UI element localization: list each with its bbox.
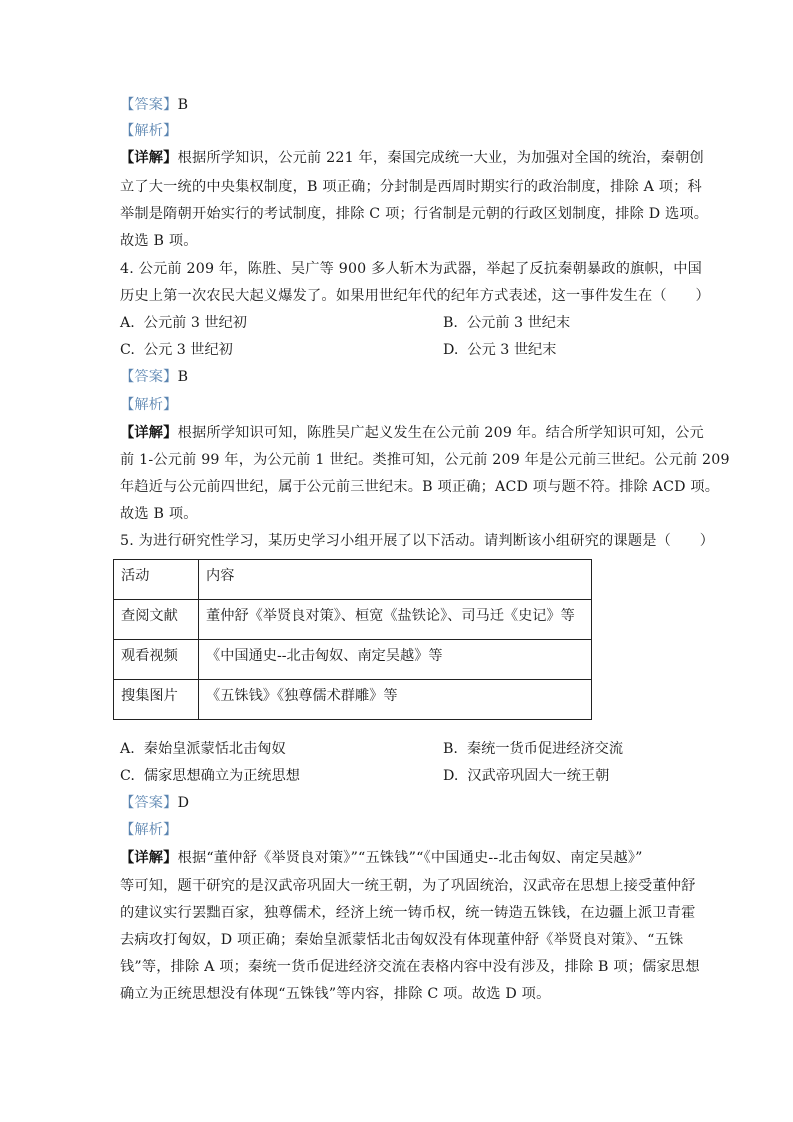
q5-option-c: C. 儒家思想确立为正统思想 xyxy=(120,763,300,789)
answer-value: B xyxy=(178,369,189,385)
table-header-cell: 活动 xyxy=(114,560,199,600)
q4-option-b: B. 公元前 3 世纪末 xyxy=(443,310,570,336)
q3-detail-line-3: 故选 B 项。 xyxy=(120,228,680,254)
q3-detail-line-0: 【详解】根据所学知识，公元前 221 年，秦国完成统一大业，为加强对全国的统治，… xyxy=(120,145,680,171)
table-cell: 《中国通史--北击匈奴、南定吴越》等 xyxy=(199,640,592,680)
q4-detail-line-2: 年趋近与公元前四世纪，属于公元前三世纪末。B 项正确；ACD 项与题不符。排除 … xyxy=(120,474,680,500)
table-row: 搜集图片 《五铢钱》《独尊儒术群雕》等 xyxy=(114,680,592,720)
answer-label: 【答案】 xyxy=(120,369,178,385)
table-cell: 查阅文献 xyxy=(114,600,199,640)
detail-label: 【详解】 xyxy=(120,425,178,441)
q5-detail-line-0: 【详解】根据“董仲舒《举贤良对策》”“五铢钱”“《中国通史--北击匈奴、南定吴越… xyxy=(120,845,680,871)
q4-option-c: C. 公元 3 世纪初 xyxy=(120,337,233,363)
q5-analysis-label: 【解析】 xyxy=(120,817,680,843)
q4-detail-line-1: 前 1-公元前 99 年，为公元前 1 世纪。类推可知，公元前 209 年是公元… xyxy=(120,447,680,473)
q5-detail-line-3: 去病攻打匈奴，D 项正确；秦始皇派蒙恬北击匈奴没有体现董仲舒《举贤良对策》、“五… xyxy=(120,927,680,953)
detail-label: 【详解】 xyxy=(120,850,178,866)
q3-detail-line-1: 立了大一统的中央集权制度，B 项正确；分封制是西周时期实行的政治制度，排除 A … xyxy=(120,174,680,200)
table-row: 查阅文献 董仲舒《举贤良对策》、桓宽《盐铁论》、司马迁《史记》等 xyxy=(114,600,592,640)
q4-detail-line-0: 【详解】根据所学知识可知，陈胜吴广起义发生在公元前 209 年。结合所学知识可知… xyxy=(120,420,680,446)
answer-value: B xyxy=(178,97,189,113)
q5-option-a: A. 秦始皇派蒙恬北击匈奴 xyxy=(120,736,286,762)
q3-analysis-label: 【解析】 xyxy=(120,118,680,144)
q5-detail-line-2: 的建议实行罢黜百家，独尊儒术，经济上统一铸币权，统一铸造五铢钱，在边疆上派卫青霍 xyxy=(120,900,680,926)
q4-answer: 【答案】B xyxy=(120,364,680,390)
q4-stem-line-1: 历史上第一次农民大起义爆发了。如果用世纪年代的纪年方式表述，这一事件发生在（ ） xyxy=(120,283,680,309)
document-page: 【答案】B 【解析】 【详解】根据所学知识，公元前 221 年，秦国完成统一大业… xyxy=(0,0,793,1122)
q4-stem-line-0: 4. 公元前 209 年，陈胜、吴广等 900 多人斩木为武器，举起了反抗秦朝暴… xyxy=(120,256,680,282)
q4-detail-line-3: 故选 B 项。 xyxy=(120,501,680,527)
table-cell: 观看视频 xyxy=(114,640,199,680)
q4-analysis-label: 【解析】 xyxy=(120,392,680,418)
answer-label: 【答案】 xyxy=(120,795,178,811)
q3-detail-line-2: 举制是隋朝开始实行的考试制度，排除 C 项；行省制是元朝的行政区划制度，排除 D… xyxy=(120,201,680,227)
table-cell: 《五铢钱》《独尊儒术群雕》等 xyxy=(199,680,592,720)
q5-option-b: B. 秦统一货币促进经济交流 xyxy=(443,736,623,762)
q5-detail-line-1: 等可知，题干研究的是汉武帝巩固大一统王朝，为了巩固统治，汉武帝在思想上接受董仲舒 xyxy=(120,873,680,899)
q5-stem: 5. 为进行研究性学习，某历史学习小组开展了以下活动。请判断该小组研究的课题是（… xyxy=(120,528,680,554)
q3-answer: 【答案】B xyxy=(120,92,680,118)
answer-label: 【答案】 xyxy=(120,97,178,113)
answer-value: D xyxy=(178,795,190,811)
q5-option-d: D. 汉武帝巩固大一统王朝 xyxy=(443,763,609,789)
table-row: 观看视频 《中国通史--北击匈奴、南定吴越》等 xyxy=(114,640,592,680)
q5-detail-line-5: 确立为正统思想没有体现“五铢钱”等内容，排除 C 项。故选 D 项。 xyxy=(120,981,680,1007)
q5-detail-line-4: 钱”等，排除 A 项；秦统一货币促进经济交流在表格内容中没有涉及，排除 B 项；… xyxy=(120,954,680,980)
table-cell: 董仲舒《举贤良对策》、桓宽《盐铁论》、司马迁《史记》等 xyxy=(199,600,592,640)
q5-answer: 【答案】D xyxy=(120,790,680,816)
q4-option-a: A. 公元前 3 世纪初 xyxy=(120,310,247,336)
table-header-row: 活动 内容 xyxy=(114,560,592,600)
detail-label: 【详解】 xyxy=(120,150,178,166)
table-header-cell: 内容 xyxy=(199,560,592,600)
table-cell: 搜集图片 xyxy=(114,680,199,720)
activity-table: 活动 内容 查阅文献 董仲舒《举贤良对策》、桓宽《盐铁论》、司马迁《史记》等 观… xyxy=(113,559,592,720)
q4-option-d: D. 公元 3 世纪末 xyxy=(443,337,556,363)
